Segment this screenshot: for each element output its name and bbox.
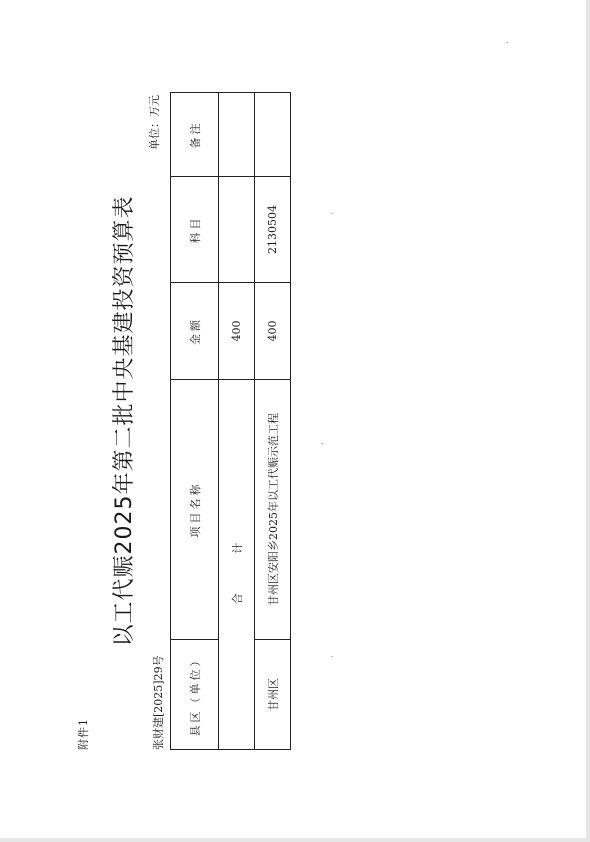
- table-header-row: 县区（单位） 项目名称 金额 科目 备注: [171, 93, 219, 750]
- header-county: 县区（单位）: [171, 640, 219, 750]
- budget-table: 县区（单位） 项目名称 金额 科目 备注 合 计 400 甘州区 甘州区安阳乡2…: [170, 92, 291, 750]
- header-amount: 金额: [171, 283, 219, 380]
- total-amount: 400: [219, 283, 255, 380]
- row-project-name: 甘州区安阳乡2025年以工代赈示范工程: [255, 380, 291, 640]
- document-page: 附件1 以工代赈2025年第二批中央基建投资预算表 张财建[2025]29号 单…: [0, 0, 586, 838]
- header-note: 备注: [171, 93, 219, 177]
- total-label: 合 计: [219, 380, 255, 750]
- row-note: [255, 93, 291, 177]
- row-subject: 2130504: [255, 177, 291, 283]
- header-project-name: 项目名称: [171, 380, 219, 640]
- scan-speck: [331, 656, 333, 657]
- total-row: 合 计 400: [219, 93, 255, 750]
- document-number: 张财建[2025]29号: [150, 655, 166, 750]
- scan-speck: [321, 443, 323, 444]
- unit-label: 单位：万元: [146, 95, 162, 150]
- total-subject: [219, 177, 255, 283]
- table-row: 甘州区 甘州区安阳乡2025年以工代赈示范工程 400 2130504: [255, 93, 291, 750]
- total-note: [219, 93, 255, 177]
- row-amount: 400: [255, 283, 291, 380]
- row-county: 甘州区: [255, 640, 291, 750]
- scan-speck: [331, 213, 333, 214]
- page-title: 以工代赈2025年第二批中央基建投资预算表: [107, 0, 138, 842]
- attachment-label: 附件1: [75, 718, 91, 750]
- header-subject: 科目: [171, 177, 219, 283]
- rotated-landscape-content: 附件1 以工代赈2025年第二批中央基建投资预算表 张财建[2025]29号 单…: [0, 0, 590, 842]
- scan-speck: [506, 42, 508, 43]
